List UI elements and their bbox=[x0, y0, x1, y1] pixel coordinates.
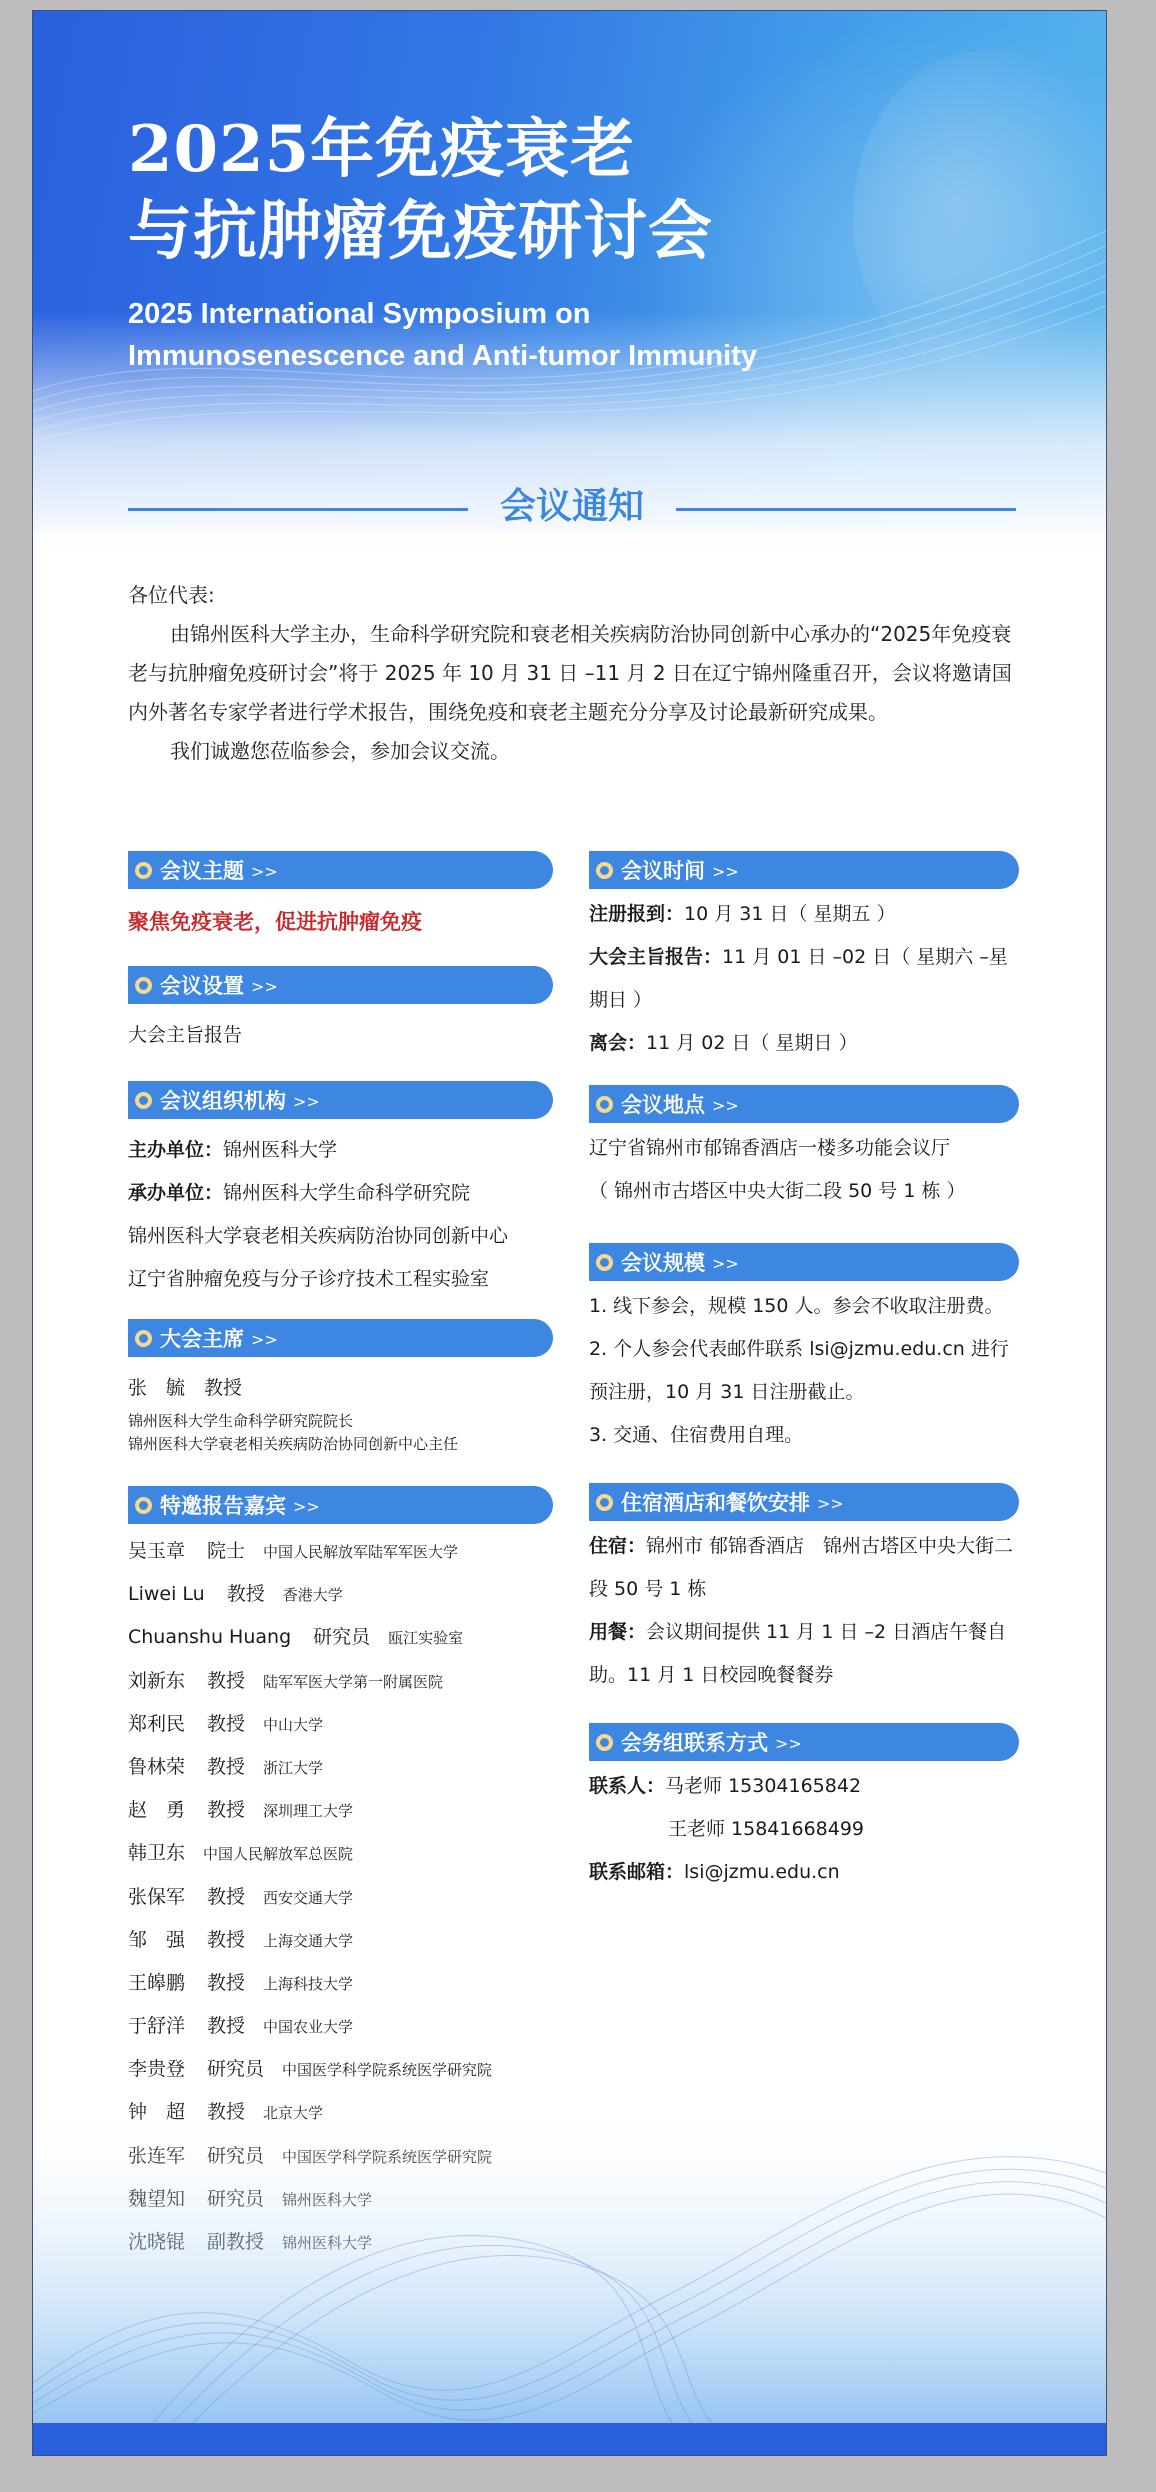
host-label: 主办单位： bbox=[128, 1139, 223, 1161]
speaker-name: 邹 强 bbox=[128, 1919, 185, 1962]
speaker-title: 教授 bbox=[207, 1789, 245, 1832]
speaker-row: 王皞鹏教授上海科技大学 bbox=[128, 1962, 553, 2005]
speaker-name: Liwei Lu bbox=[128, 1573, 205, 1616]
speaker-name: 赵 勇 bbox=[128, 1789, 185, 1832]
chair-name: 张 毓 教授 bbox=[128, 1367, 553, 1410]
speaker-name: 吴玉章 bbox=[128, 1530, 185, 1573]
speaker-title: 教授 bbox=[207, 2005, 245, 2048]
host-row: 主办单位：锦州医科大学 bbox=[128, 1129, 553, 1172]
left-column: 会议主题 >> 聚焦免疫衰老，促进抗肿瘤免疫 会议设置 >> 大会主旨报告 会议… bbox=[128, 851, 553, 2264]
speaker-org: 西安交通大学 bbox=[263, 1877, 353, 1920]
section-header-theme: 会议主题 >> bbox=[128, 851, 553, 889]
section-title: 会议地点 bbox=[621, 1089, 705, 1119]
section-header-time: 会议时间 >> bbox=[589, 851, 1019, 889]
scale-body: 1. 线下参会，规模 150 人。参会不收取注册费。 2. 个人参会代表邮件联系… bbox=[589, 1285, 1019, 1457]
contact-body: 联系人：马老师 15304165842 王老师 15841668499 联系邮箱… bbox=[589, 1765, 1019, 1894]
contact-person-row: 联系人：马老师 15304165842 bbox=[589, 1765, 1019, 1808]
hotel-value: 锦州市 郁锦香酒店 锦州古塔区中央大街二段 50 号 1 栋 bbox=[589, 1535, 1013, 1600]
speaker-title: 研究员 bbox=[207, 2048, 264, 2091]
speaker-name: 刘新东 bbox=[128, 1660, 185, 1703]
section-title: 会议时间 bbox=[621, 855, 705, 885]
theme-body: 聚焦免疫衰老，促进抗肿瘤免疫 bbox=[128, 901, 553, 944]
organization-body: 主办单位：锦州医科大学 承办单位：锦州医科大学生命科学研究院 锦州医科大学衰老相… bbox=[128, 1129, 553, 1301]
speaker-name: 鲁林荣 bbox=[128, 1746, 185, 1789]
scale-item-1: 1. 线下参会，规模 150 人。参会不收取注册费。 bbox=[589, 1285, 1019, 1328]
speaker-row: 韩卫东中国人民解放军总医院 bbox=[128, 1832, 553, 1875]
chair-role-1: 锦州医科大学生命科学研究院院长 bbox=[128, 1410, 553, 1433]
speaker-row: Chuanshu Huang研究员瓯江实验室 bbox=[128, 1616, 553, 1659]
speaker-org: 香港大学 bbox=[283, 1574, 343, 1617]
speaker-name: 郑利民 bbox=[128, 1703, 185, 1746]
setting-body: 大会主旨报告 bbox=[128, 1014, 553, 1057]
speaker-org: 中国人民解放军总医院 bbox=[203, 1833, 353, 1876]
double-chevron-icon: >> bbox=[712, 1096, 739, 1115]
double-chevron-icon: >> bbox=[712, 862, 739, 881]
double-chevron-icon: >> bbox=[251, 977, 278, 996]
section-title: 特邀报告嘉宾 bbox=[160, 1490, 286, 1520]
time-body: 注册报到：10 月 31 日（ 星期五 ） 大会主旨报告：11 月 01 日 –… bbox=[589, 893, 1019, 1065]
contact-person-2: 王老师 15841668499 bbox=[589, 1808, 1019, 1851]
keynote-row: 大会主旨报告：11 月 01 日 –02 日（ 星期六 –星期日 ） bbox=[589, 936, 1019, 1022]
section-header-scale: 会议规模 >> bbox=[589, 1243, 1019, 1281]
speaker-org: 浙江大学 bbox=[263, 1747, 323, 1790]
organizer-row-2: 锦州医科大学衰老相关疾病防治协同创新中心 bbox=[128, 1215, 553, 1258]
chair-role-2: 锦州医科大学衰老相关疾病防治协同创新中心主任 bbox=[128, 1433, 553, 1456]
speaker-org: 上海交通大学 bbox=[263, 1920, 353, 1963]
contact-email-label: 联系邮箱： bbox=[589, 1861, 684, 1883]
section-title: 会议组织机构 bbox=[160, 1085, 286, 1115]
bullet-ring-icon bbox=[135, 1092, 152, 1109]
notice-paragraph-1: 由锦州医科大学主办，生命科学研究院和衰老相关疾病防治协同创新中心承办的“2025… bbox=[128, 615, 1016, 732]
hotel-label: 住宿： bbox=[589, 1535, 646, 1557]
bullet-ring-icon bbox=[135, 1497, 152, 1514]
title-english: 2025 International Symposium on Immunose… bbox=[128, 293, 757, 377]
speaker-title: 教授 bbox=[207, 1962, 245, 2005]
speaker-row: 李贵登研究员中国医学科学院系统医学研究院 bbox=[128, 2048, 553, 2091]
chair-body: 张 毓 教授 锦州医科大学生命科学研究院院长 锦州医科大学衰老相关疾病防治协同创… bbox=[128, 1367, 553, 1456]
bullet-ring-icon bbox=[596, 862, 613, 879]
footer-wave-decoration bbox=[33, 2093, 1106, 2423]
greeting: 各位代表: bbox=[128, 576, 1016, 615]
speaker-org: 中国人民解放军陆军军医大学 bbox=[263, 1531, 458, 1574]
leave-label: 离会： bbox=[589, 1032, 646, 1054]
organizer-value: 锦州医科大学生命科学研究院 bbox=[223, 1182, 470, 1204]
section-title: 会务组联系方式 bbox=[621, 1727, 768, 1757]
contact-email-value[interactable]: lsi@jzmu.edu.cn bbox=[684, 1861, 840, 1883]
double-chevron-icon: >> bbox=[775, 1734, 802, 1753]
section-header-venue: 会议地点 >> bbox=[589, 1085, 1019, 1123]
registration-row: 注册报到：10 月 31 日（ 星期五 ） bbox=[589, 893, 1019, 936]
speaker-org: 陆军军医大学第一附属医院 bbox=[263, 1661, 443, 1704]
host-value: 锦州医科大学 bbox=[223, 1139, 337, 1161]
contact-email-row: 联系邮箱：lsi@jzmu.edu.cn bbox=[589, 1851, 1019, 1894]
speaker-title: 教授 bbox=[207, 1746, 245, 1789]
setting-content: 大会主旨报告 bbox=[128, 1014, 553, 1057]
speaker-org: 中国医学科学院系统医学研究院 bbox=[282, 2049, 492, 2092]
notice-heading: 会议通知 bbox=[128, 476, 1016, 536]
meal-value: 会议期间提供 11 月 1 日 –2 日酒店午餐自助。11 月 1 日校园晚餐餐… bbox=[589, 1621, 1006, 1686]
section-title: 会议规模 bbox=[621, 1247, 705, 1277]
notice-paragraph-2: 我们诚邀您莅临参会，参加会议交流。 bbox=[128, 732, 1016, 771]
meal-label: 用餐： bbox=[589, 1621, 646, 1643]
organizer-label: 承办单位： bbox=[128, 1182, 223, 1204]
scale-item-3: 3. 交通、住宿费用自理。 bbox=[589, 1414, 1019, 1457]
bullet-ring-icon bbox=[135, 862, 152, 879]
organizer-row-3: 辽宁省肿瘤免疫与分子诊疗技术工程实验室 bbox=[128, 1258, 553, 1301]
section-header-setting: 会议设置 >> bbox=[128, 966, 553, 1004]
speaker-org: 上海科技大学 bbox=[263, 1963, 353, 2006]
footer-bar bbox=[33, 2423, 1106, 2455]
double-chevron-icon: >> bbox=[712, 1254, 739, 1273]
speaker-row: 刘新东教授陆军军医大学第一附属医院 bbox=[128, 1660, 553, 1703]
title-cn-line1: 2025年免疫衰老 bbox=[128, 109, 713, 191]
hotel-row: 住宿：锦州市 郁锦香酒店 锦州古塔区中央大街二段 50 号 1 栋 bbox=[589, 1525, 1019, 1611]
bullet-ring-icon bbox=[596, 1494, 613, 1511]
right-column: 会议时间 >> 注册报到：10 月 31 日（ 星期五 ） 大会主旨报告：11 … bbox=[589, 851, 1019, 1894]
section-header-speakers: 特邀报告嘉宾 >> bbox=[128, 1486, 553, 1524]
registration-label: 注册报到： bbox=[589, 903, 684, 925]
speaker-title: 教授 bbox=[207, 1876, 245, 1919]
notice-body: 各位代表: 由锦州医科大学主办，生命科学研究院和衰老相关疾病防治协同创新中心承办… bbox=[128, 576, 1016, 771]
theme-slogan: 聚焦免疫衰老，促进抗肿瘤免疫 bbox=[128, 901, 553, 944]
contact-person-label: 联系人： bbox=[589, 1775, 665, 1797]
section-header-chair: 大会主席 >> bbox=[128, 1319, 553, 1357]
speaker-row: 于舒洋教授中国农业大学 bbox=[128, 2005, 553, 2048]
section-header-lodging: 住宿酒店和餐饮安排 >> bbox=[589, 1483, 1019, 1521]
section-header-contact: 会务组联系方式 >> bbox=[589, 1723, 1019, 1761]
speaker-org: 瓯江实验室 bbox=[388, 1617, 463, 1660]
speaker-name: 李贵登 bbox=[128, 2048, 185, 2091]
title-cn-line2: 与抗肿瘤免疫研讨会 bbox=[128, 191, 713, 273]
double-chevron-icon: >> bbox=[293, 1092, 320, 1111]
double-chevron-icon: >> bbox=[251, 862, 278, 881]
title-en-line1: 2025 International Symposium on bbox=[128, 293, 757, 335]
title-chinese: 2025年免疫衰老 与抗肿瘤免疫研讨会 bbox=[128, 109, 713, 273]
speaker-org: 中国农业大学 bbox=[263, 2006, 353, 2049]
organizer-row: 承办单位：锦州医科大学生命科学研究院 bbox=[128, 1172, 553, 1215]
section-title: 大会主席 bbox=[160, 1323, 244, 1353]
speaker-title: 研究员 bbox=[313, 1616, 370, 1659]
speaker-row: 赵 勇教授深圳理工大学 bbox=[128, 1789, 553, 1832]
speaker-title: 教授 bbox=[207, 1660, 245, 1703]
speaker-org: 中山大学 bbox=[263, 1704, 323, 1747]
speaker-title: 教授 bbox=[227, 1573, 265, 1616]
speaker-title: 教授 bbox=[207, 1703, 245, 1746]
speaker-name: 张保军 bbox=[128, 1876, 185, 1919]
speaker-row: 张保军教授西安交通大学 bbox=[128, 1876, 553, 1919]
leave-row: 离会：11 月 02 日（ 星期日 ） bbox=[589, 1022, 1019, 1065]
venue-body: 辽宁省锦州市郁锦香酒店一楼多功能会议厅 （ 锦州市古塔区中央大街二段 50 号 … bbox=[589, 1127, 1019, 1213]
speaker-row: 吴玉章院士中国人民解放军陆军军医大学 bbox=[128, 1530, 553, 1573]
bullet-ring-icon bbox=[135, 977, 152, 994]
section-title: 会议设置 bbox=[160, 970, 244, 1000]
venue-line-1: 辽宁省锦州市郁锦香酒店一楼多功能会议厅 bbox=[589, 1127, 1019, 1170]
leave-value: 11 月 02 日（ 星期日 ） bbox=[646, 1032, 858, 1054]
meal-row: 用餐：会议期间提供 11 月 1 日 –2 日酒店午餐自助。11 月 1 日校园… bbox=[589, 1611, 1019, 1697]
bullet-ring-icon bbox=[596, 1734, 613, 1751]
bullet-ring-icon bbox=[596, 1096, 613, 1113]
speaker-row: 鲁林荣教授浙江大学 bbox=[128, 1746, 553, 1789]
speaker-title: 教授 bbox=[207, 1919, 245, 1962]
double-chevron-icon: >> bbox=[817, 1494, 844, 1513]
section-title: 会议主题 bbox=[160, 855, 244, 885]
speaker-title: 院士 bbox=[207, 1530, 245, 1573]
speaker-name: 韩卫东 bbox=[128, 1832, 185, 1875]
double-chevron-icon: >> bbox=[293, 1497, 320, 1516]
lodging-body: 住宿：锦州市 郁锦香酒店 锦州古塔区中央大街二段 50 号 1 栋 用餐：会议期… bbox=[589, 1525, 1019, 1697]
bullet-ring-icon bbox=[596, 1254, 613, 1271]
venue-line-2: （ 锦州市古塔区中央大街二段 50 号 1 栋 ） bbox=[589, 1170, 1019, 1213]
speaker-row: 郑利民教授中山大学 bbox=[128, 1703, 553, 1746]
section-header-organization: 会议组织机构 >> bbox=[128, 1081, 553, 1119]
notice-title: 会议通知 bbox=[128, 482, 1016, 532]
title-en-line2: Immunosenescence and Anti-tumor Immunity bbox=[128, 335, 757, 377]
double-chevron-icon: >> bbox=[251, 1330, 278, 1349]
poster: 2025年免疫衰老 与抗肿瘤免疫研讨会 2025 International S… bbox=[32, 10, 1107, 2456]
scale-item-2: 2. 个人参会代表邮件联系 lsi@jzmu.edu.cn 进行预注册，10 月… bbox=[589, 1328, 1019, 1414]
section-title: 住宿酒店和餐饮安排 bbox=[621, 1487, 810, 1517]
contact-person-1: 马老师 15304165842 bbox=[665, 1775, 861, 1797]
speaker-row: 邹 强教授上海交通大学 bbox=[128, 1919, 553, 1962]
speaker-row: Liwei Lu教授香港大学 bbox=[128, 1573, 553, 1616]
bullet-ring-icon bbox=[135, 1330, 152, 1347]
speaker-name: 于舒洋 bbox=[128, 2005, 185, 2048]
speaker-name: Chuanshu Huang bbox=[128, 1616, 291, 1659]
speaker-name: 王皞鹏 bbox=[128, 1962, 185, 2005]
registration-value: 10 月 31 日（ 星期五 ） bbox=[684, 903, 896, 925]
divider-right bbox=[676, 508, 1016, 511]
keynote-label: 大会主旨报告： bbox=[589, 946, 722, 968]
speaker-org: 深圳理工大学 bbox=[263, 1790, 353, 1833]
